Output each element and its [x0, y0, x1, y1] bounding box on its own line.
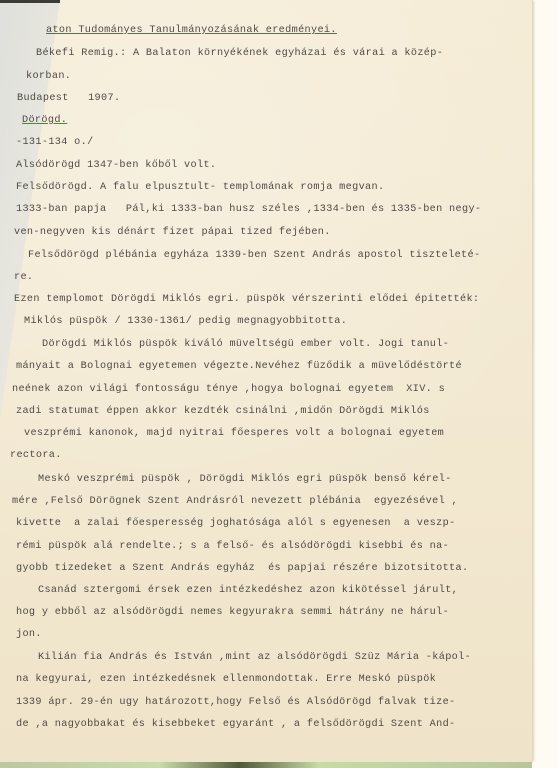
text-line: rectora. [10, 450, 62, 462]
text-line: veszprémi kanonok, majd nyitrai főespere… [24, 428, 444, 440]
document-title: aton Tudományes Tanulmányozásának eredmé… [46, 25, 337, 37]
text-line: ven-negyven kis dénárt fizet pápai tized… [14, 227, 331, 239]
text-line: na kegyurai, ezen intézkedésnek ellenmon… [16, 674, 436, 686]
text-line: kivette a zalai főesperesség joghatósága… [16, 518, 456, 530]
text-line: de ,a nagyobbakat és kisebbeket egyaránt… [16, 719, 456, 731]
text-line: Kilián fia András és István ,mint az als… [38, 652, 471, 664]
scan-bottom-edge [0, 762, 532, 768]
text-line: -131-134 o./ [16, 137, 94, 149]
section-heading: Dörögd. [22, 115, 67, 127]
text-line: hog y ebből az alsódörögdi nemes kegyura… [16, 607, 449, 619]
text-line: Felsődörögd plébánia egyháza 1339-ben Sz… [28, 250, 480, 262]
typewritten-page: aton Tudományes Tanulmányozásának eredmé… [0, 0, 533, 762]
text-line: mére ,Felső Dörögnek Szent Andrásról nev… [12, 496, 458, 508]
text-line: Felsődörögd. A falu elpusztult- templomá… [16, 182, 384, 194]
text-line: neének azon világi fontosságu ténye ,hog… [12, 384, 445, 396]
text-line: gyobb tizedeket a Szent András egyház és… [16, 563, 468, 575]
scan-edge [0, 0, 60, 3]
text-line: 1339 ápr. 29-én ugy határozott,hogy Fels… [16, 697, 456, 709]
text-line: Ezen templomot Dörögdi Miklós egri. püsp… [14, 294, 479, 306]
text-line: jon. [16, 629, 42, 641]
text-line: Békefi Remig.: A Balaton környékének egy… [36, 48, 443, 60]
text-line: Dörögdi Miklós püspök kiváló müveltségü … [42, 339, 449, 351]
text-line: mányait a Bolognai egyetemen végezte.Nev… [16, 361, 462, 373]
text-line: Miklós püspök / 1330-1361/ pedig megnagy… [24, 316, 347, 328]
text-line: Alsódörögd 1347-ben kőből volt. [16, 160, 216, 172]
text-line: rémi püspök alá rendelte.; s a felső- és… [16, 541, 449, 553]
text-line: Csanád sztergomi érsek ezen intézkedéshe… [38, 585, 458, 597]
text-line: 1333-ban papja Pál,ki 1333-ban husz szél… [16, 204, 481, 216]
text-line: Budapest 1907. [17, 93, 120, 105]
text-line: zadi statumat éppen akkor kezdték csinál… [16, 406, 430, 418]
text-line: re. [14, 272, 33, 284]
text-line: Meskó veszprémi püspök , Dörögdi Miklós … [38, 474, 452, 486]
text-line: korban. [26, 71, 71, 83]
